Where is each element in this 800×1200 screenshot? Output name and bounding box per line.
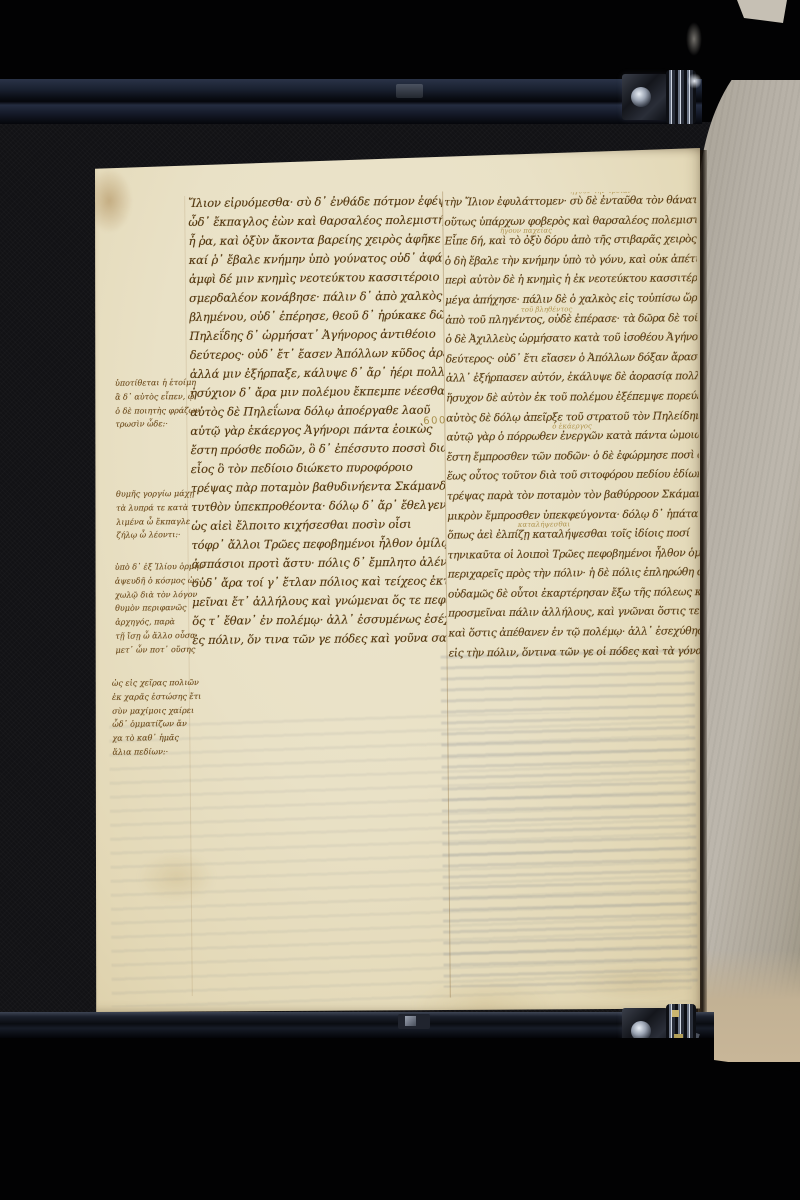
scholium-line: τὰ λυπρά τε κατὰ <box>116 501 208 516</box>
scholium-line: ὡς εἰς χεῖρας πολιῶνς̄ <box>112 676 204 691</box>
text-line: τρέψας παρὰ τὸν ποταμὸν τὸν βαθύρροον Σκ… <box>447 485 699 507</box>
facing-page-stack <box>698 36 800 1062</box>
text-line: ὅς τ᾽ ἔθαν᾽ ἐν πολέμῳ· ἀλλ᾽ ἐσσυμένως ἐσ… <box>192 610 446 631</box>
verso-show-through-column <box>440 645 697 987</box>
text-line: τυτθὸν ὑπεκπροθέοντα· δόλῳ δ᾽ ἄρ᾽ ἔθελγε… <box>191 496 445 517</box>
brass-fitting <box>672 1010 679 1017</box>
text-line: βλημένου, οὐδ᾽ ἐπέρησε, θεοῦ δ᾽ ἠρύκακε … <box>189 306 443 327</box>
text-line: οὐδ᾽ ἄρα τοί γ᾽ ἔτλαν πόλιος καὶ τείχεος… <box>192 572 446 593</box>
text-line: αὐτὸς δὲ Πηλεΐωνα δόλῳ ἀποέργαθε λαοῦ <box>190 401 444 422</box>
text-line: ἡσύχιον δ᾽ ἄρα μιν πολέμου ἔκπεμπε νέεσθ… <box>190 382 444 403</box>
text-line: περὶ αὐτὸν δὲ ἡ κνημὶς ἡ ἐκ νεοτεύκτου κ… <box>445 269 697 291</box>
marginal-scholium: ὑπὸ δ᾽ ἐξ Ἰλίου ὁρμὴνΒἀψευδῆ ὁ κόσμος ὡς… <box>115 560 208 657</box>
interlinear-gloss: ἤγουν παχείας <box>500 227 552 235</box>
line-number-annotation: 600 <box>423 415 447 427</box>
text-line: ὅπως ἀεὶ ἐλπίζῃ καταλήψεσθαι τοῖς ἰδίοις… <box>447 524 699 546</box>
scholium-line: μετ᾽ ὧν ποτ᾽ οὔσης <box>115 643 207 658</box>
text-line: μικρὸν ἔμπροσθεν ὑπεκφεύγοντα· δόλῳ δ᾽ ἠ… <box>447 505 699 527</box>
scholium-line: χωλῷ διὰ τὸν λόγον <box>115 587 207 602</box>
page-edge-highlight <box>686 22 702 56</box>
text-line: ἥσυχον δὲ αὐτὸν ἐκ τοῦ πολέμου ἐξέπεμψε … <box>446 387 698 409</box>
background-bottom <box>0 1038 714 1200</box>
marginal-scholium: θυμῆς γοργίω μάχῃΕ̄τὰ λυπρά τε κατὰλιμέν… <box>116 487 209 543</box>
text-line: ἦ ῥα, καὶ ὀξὺν ἄκοντα βαρείης χειρὸς ἀφῆ… <box>188 230 442 251</box>
manuscript-leaf: Ἴλιον εἰρυόμεσθα· σὺ δ᾽ ἐνθάδε πότμον ἐφ… <box>95 148 700 1012</box>
text-line: εἰς τὴν πόλιν, ὅντινα τῶν γε οἱ πόδες κα… <box>448 642 700 664</box>
text-line: ὧδ᾽ ἔκπαγλος ἐὼν καὶ θαρσαλέος πολεμιστή… <box>188 211 442 232</box>
text-line: ὡς αἰεὶ ἔλποιτο κιχήσεσθαι ποσὶν οἷσι <box>191 515 445 536</box>
text-line: ἀλλ᾽ ἐξήρπασεν αὐτόν, ἐκάλυψε δὲ ἀορασίᾳ… <box>446 367 698 389</box>
iliad-text-column: Ἴλιον εἰρυόμεσθα· σὺ δ᾽ ἐνθάδε πότμον ἐφ… <box>188 192 446 662</box>
text-line: ἀμφὶ δέ μιν κνημὶς νεοτεύκτου κασσιτέροι… <box>189 268 443 289</box>
scholium-line: ὑπὸ δ᾽ ἐξ Ἰλίου ὁρμὴνΒ <box>115 560 207 575</box>
text-line: ὁ δὲ Ἀχιλλεὺς ὡρμήσατο κατὰ τοῦ ἰσοθέου … <box>445 328 697 350</box>
text-line: σμερδαλέον κονάβησε· πάλιν δ᾽ ἀπὸ χαλκὸς… <box>189 287 443 308</box>
text-line: καί ῥ᾽ ἔβαλε κνήμην ὑπὸ γούνατος οὐδ᾽ ἀφ… <box>189 249 443 270</box>
metal-clamp-top <box>622 66 702 128</box>
scholium-line: θυμῆς γοργίω μάχῃΕ̄ <box>116 487 208 502</box>
paraphrase-text-column: τὴν Ἴλιον ἐφυλάττομεν· σὺ δὲ ἐνταῦθα τὸν… <box>444 191 701 679</box>
text-line: ἀσπάσιοι προτὶ ἄστυ· πόλις δ᾽ ἔμπλητο ἀλ… <box>192 553 446 574</box>
scholium-line: χα τὸ καθ᾽ ἡμᾶς <box>112 731 204 746</box>
scholium-line: ὑποτίθεται ἡ ἑτοίμηЖ <box>115 376 207 391</box>
scholium-line: ἅλια πεδίων:· <box>112 745 204 760</box>
scholium-line: ὁ δὲ ποιητὴς φράζων <box>115 403 207 418</box>
scholium-line: σὺν μαχίμοις χαίρει <box>112 703 204 718</box>
text-line: τρέψας πὰρ ποταμὸν βαθυδινήεντα Σκάμανδρ… <box>191 477 445 498</box>
text-line: δεύτερος· οὐδ᾽ ἔτι εἴασεν ὁ Ἀπόλλων δόξα… <box>446 348 698 370</box>
interlinear-gloss: ὁ ἑκάεργος <box>552 422 592 430</box>
text-line: αὐτῷ γὰρ ἑκάεργος Ἀγήνορι πάντα ἐοικὼς <box>190 420 444 441</box>
text-line: τόφρ᾽ ἄλλοι Τρῶες πεφοβημένοι ἦλθον ὁμίλ… <box>191 534 445 555</box>
text-line: ἕως οὗτος τοῦτον διὰ τοῦ σιτοφόρου πεδίο… <box>447 465 699 487</box>
text-line: μεῖναι ἔτ᾽ ἀλλήλους καὶ γνώμεναι ὅς τε π… <box>192 591 446 612</box>
text-line: ὁ δὴ ἔβαλε τὴν κνήμην ὑπὸ τὸ γόνυ, καὶ ο… <box>445 250 697 272</box>
text-line: Εἶπε δή, καὶ τὸ ὀξὺ δόρυ ἀπὸ τῆς στιβαρᾶ… <box>444 230 696 252</box>
text-line: προσμεῖναι πάλιν ἀλλήλους, καὶ γνῶναι ὅσ… <box>448 603 700 625</box>
scholium-line: τῇ ἴσῃ ὦ ἄλλο οὖσα <box>115 629 207 644</box>
scholium-line: ἀρχηγός, παρὰ <box>115 615 207 630</box>
text-line: περιχαρεῖς πρὸς τὴν πόλιν· ἡ δὲ πόλις ἐπ… <box>448 563 700 585</box>
text-line: οὕτως ὑπάρχων φοβερὸς καὶ θαρσαλέος πολε… <box>444 211 696 233</box>
text-line: Πηλεΐδης δ᾽ ὡρμήσατ᾽ Ἀγήνορος ἀντιθέοιο <box>189 325 443 346</box>
leaf-surface: Ἴλιον εἰρυόμεσθα· σὺ δ᾽ ἐνθάδε πότμον ἐφ… <box>92 145 705 1015</box>
scholium-line: θυμὸν περιφανῶς <box>115 601 207 616</box>
clip-highlight <box>405 1016 416 1026</box>
metal-glint <box>688 72 701 90</box>
text-line: τηνικαῦτα οἱ λοιποὶ Τρῶες πεφοβημένοι ἦλ… <box>448 544 700 566</box>
text-line: καὶ ὅστις ἀπέθανεν ἐν τῷ πολέμῳ· ἀλλ᾽ ἐσ… <box>448 622 700 644</box>
rail-slider-tab <box>396 84 423 98</box>
background-bottom-right <box>714 1060 800 1200</box>
screw-head <box>631 87 651 107</box>
scholium-line: τρωσὶν ὧδε:· <box>115 417 207 432</box>
manuscript-photo: Ἴλιον εἰρυόμεσθα· σὺ δ᾽ ἐνθάδε πότμον ἐφ… <box>0 0 800 1200</box>
rail-clip-bottom <box>398 1014 430 1029</box>
text-line: Ἴλιον εἰρυόμεσθα· σὺ δ᾽ ἐνθάδε πότμον ἐφ… <box>188 192 442 213</box>
marginal-scholium: ὡς εἰς χεῖρας πολιῶνς̄ἐκ χαρᾶς ἑστώσης ἔ… <box>112 676 205 760</box>
scholium-line: ὧδ᾽ ὁμματίζων ἄν <box>112 717 204 732</box>
text-line: δεύτερος· οὐδ᾽ ἔτ᾽ ἔασεν Ἀπόλλων κῦδος ἀ… <box>190 344 444 365</box>
scholium-line: ἃ δ᾽ αὐτὸς εἶπεν, ᾧ <box>115 390 207 405</box>
text-line: ἀλλά μιν ἐξήρπαξε, κάλυψε δ᾽ ἄρ᾽ ἠέρι πο… <box>190 363 444 384</box>
text-line: ἔστη ἔμπροσθεν τῶν ποδῶν· ὁ δὲ ἐφώρμησε … <box>447 446 699 468</box>
marginal-scholium: ὑποτίθεται ἡ ἑτοίμηЖἃ δ᾽ αὐτὸς εἶπεν, ᾧὁ… <box>115 376 208 432</box>
interlinear-gloss: καταλήψεσθαι <box>518 521 570 530</box>
cradle-rail-top <box>0 79 702 124</box>
interlinear-gloss: ἤγουν τὴν τροίαν <box>570 191 632 195</box>
interlinear-gloss: τοῦ βληθέντος <box>521 305 573 313</box>
page-stack-texture <box>698 36 800 1062</box>
scholium-line: ἀψευδῆ ὁ κόσμος ὡς <box>115 574 207 589</box>
text-line: ἐς πόλιν, ὅν τινα τῶν γε πόδες καὶ γοῦνα… <box>192 629 446 650</box>
scholium-line: ζήλῳ ὦ λέοντι:· <box>116 528 208 543</box>
scholium-line: λιμένα ὦ ἔκπαγλε <box>116 514 208 529</box>
cradle-rail-bottom <box>0 1012 714 1038</box>
text-line: εἷος ὃ τὸν πεδίοιο διώκετο πυροφόροιο <box>191 458 445 479</box>
text-line: οὐδαμῶς δὲ οὗτοι ἐκαρτέρησαν ἔξω τῆς πόλ… <box>448 583 700 605</box>
scholium-line: ἐκ χαρᾶς ἑστώσης ἔτι <box>112 690 204 705</box>
text-line: ἔστη πρόσθε ποδῶν, ὃ δ᾽ ἐπέσσυτο ποσσὶ δ… <box>190 439 444 460</box>
